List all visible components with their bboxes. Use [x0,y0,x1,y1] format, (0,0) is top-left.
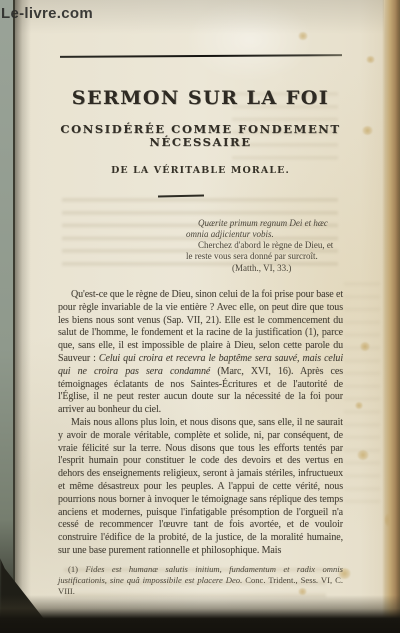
body-paragraph-2: Mais nous allons plus loin, et nous diso… [58,417,343,558]
bleed-through-text [344,282,380,512]
gutter-shadow [15,0,31,633]
book-page-photo: SERMON SUR LA FOI CONSIDÉRÉE COMME FONDE… [0,0,400,633]
book-spine-strip [0,0,15,633]
sermon-body: Qu'est-ce que le règne de Dieu, sinon ce… [58,289,343,558]
site-watermark: Le-livre.com [1,5,93,22]
footnote: (1) Fides est humanæ salutis initium, fu… [58,564,343,598]
header-rule [60,54,342,58]
foxing-spot [357,450,369,460]
page-edge-strip [382,0,400,633]
bottom-table-shadow [0,595,400,633]
foxing-spot [298,32,308,40]
footnote-marker: (1) [68,564,78,574]
epigraph-french: Cherchez d'abord le règne de Dieu, et le… [186,240,334,262]
epigraph-block: Quærite primum regnum Dei et hæc omnia a… [186,218,334,274]
epigraph-citation: (Matth., VI, 33.) [186,263,334,274]
foxing-spot [360,342,370,351]
printed-text-column: SERMON SUR LA FOI CONSIDÉRÉE COMME FONDE… [58,55,343,597]
page-title: SERMON SUR LA FOI [58,88,343,108]
page-subtitle-secondary: DE LA VÉRITABLE MORALE. [58,165,343,176]
foxing-spot [366,56,375,63]
foxing-spot [355,402,363,409]
epigraph-latin: Quærite primum regnum Dei et hæc omnia a… [186,218,334,240]
page-subtitle: CONSIDÉRÉE COMME FONDEMENT NÉCESSAIRE [58,123,343,149]
body-paragraph-1: Qu'est-ce que le règne de Dieu, sinon ce… [58,289,343,417]
foxing-spot [362,126,373,135]
title-divider-rule [158,195,204,198]
